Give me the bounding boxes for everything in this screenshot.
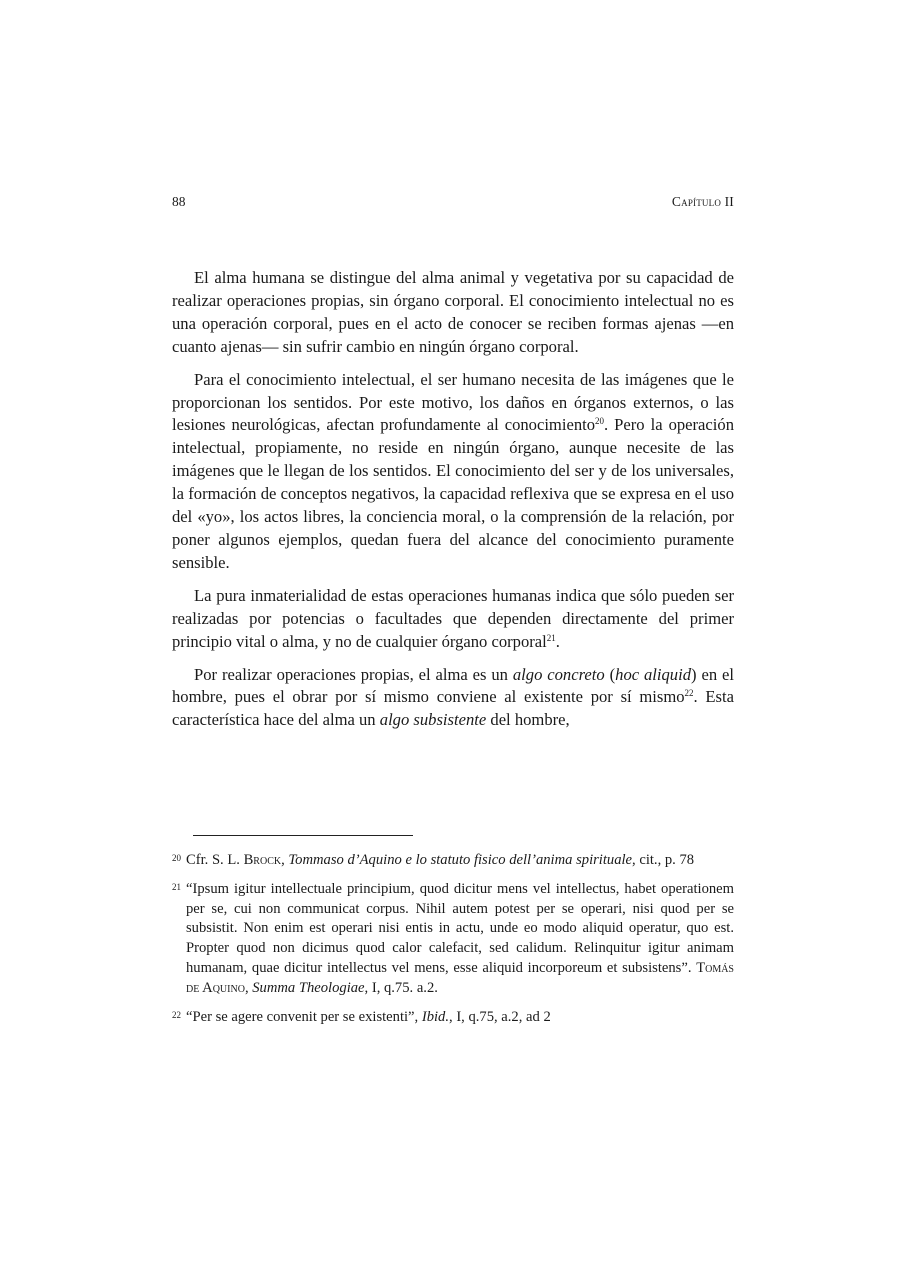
paragraph-4: Por realizar operaciones propias, el alm… [172,664,734,733]
italic-term: hoc aliquid [615,665,691,684]
footnote-text: “Ipsum igitur intellectuale principium, … [186,881,734,976]
footnote-separator [193,835,413,836]
paragraph-text: del hombre, [486,710,569,729]
footnote-text: Cfr. S. L. [186,852,244,868]
chapter-title: Capítulo II [672,194,734,210]
paragraph-2: Para el conocimiento intelectual, el ser… [172,369,734,575]
paragraph-1: El alma humana se distingue del alma ani… [172,267,734,359]
footnote-ref-21[interactable]: 21 [547,633,556,643]
italic-term: algo concreto [513,665,605,684]
footnote-number: 20 [172,851,181,865]
footnote-number: 22 [172,1008,181,1022]
footnote-title: Tommaso d’Aquino e lo statuto fisico del… [288,852,632,868]
footnote-22: 22“Per se agere convenit per se existent… [172,1008,734,1028]
paragraph-text: ( [605,665,615,684]
footnote-text: , I, q.75. a.2. [365,980,438,996]
paragraph-text: . [556,632,560,651]
paragraph-3: La pura inmaterialidad de estas operacio… [172,585,734,654]
paragraph-text: La pura inmaterialidad de estas operacio… [172,586,734,651]
italic-term: algo subsistente [380,710,486,729]
footnote-text: , cit., p. 78 [632,852,694,868]
footnote-title: Ibid. [422,1009,449,1025]
footnote-author: Brock [244,852,282,868]
page-number: 88 [172,194,186,210]
footnote-ref-22[interactable]: 22 [685,688,694,698]
footnote-20: 20Cfr. S. L. Brock, Tommaso d’Aquino e l… [172,851,734,871]
footnote-title: Summa Theologiae [252,980,364,996]
paragraph-text: . Pero la operación intelectual, propiam… [172,415,734,571]
paragraph-text: El alma humana se distingue del alma ani… [172,268,734,356]
footnote-21: 21“Ipsum igitur intellectuale principium… [172,880,734,999]
footnotes: 20Cfr. S. L. Brock, Tommaso d’Aquino e l… [172,851,734,1036]
footnote-text: “Per se agere convenit per se existenti”… [186,1009,422,1025]
paragraph-text: Por realizar operaciones propias, el alm… [194,665,513,684]
footnote-text: , I, q.75, a.2, ad 2 [449,1009,551,1025]
main-text: El alma humana se distingue del alma ani… [172,267,734,742]
running-header: 88 Capítulo II [172,194,734,214]
footnote-number: 21 [172,880,181,894]
footnote-ref-20[interactable]: 20 [595,416,604,426]
